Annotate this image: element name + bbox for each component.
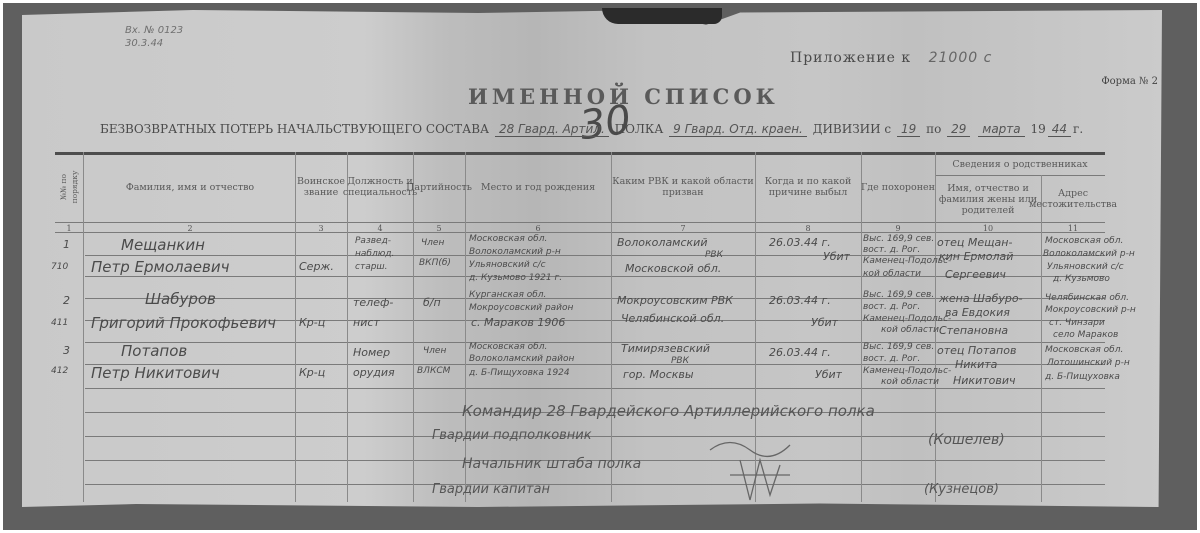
birth: д. Кузьмово 1921 г. [469, 273, 562, 283]
reg-number: 710 [51, 262, 68, 272]
colnum: 6 [465, 224, 611, 233]
conscripted: Московской обл. [625, 262, 721, 275]
birth: Московская обл. [469, 342, 547, 352]
relative: Сергеевич [945, 268, 1006, 281]
birth: Курганская обл. [469, 290, 546, 300]
reg-number: 411 [51, 318, 68, 328]
signature-commander-title: Командир 28 Гвардейского Артиллерийского… [462, 402, 875, 420]
birth: д. Б-Пищуховка 1924 [469, 368, 570, 378]
appendix-label: Приложение к [790, 50, 911, 66]
left-reason: Убит [815, 368, 842, 381]
conscripted: Челябинской обл. [621, 312, 724, 325]
month-value: марта [978, 122, 1024, 137]
form-number: Форма № 2 [1101, 76, 1158, 87]
header-col-7: Каким РВК и какой области призван [611, 162, 755, 212]
colnum: 8 [755, 224, 861, 233]
row-line [85, 364, 1105, 365]
address: Московская обл. [1045, 236, 1123, 246]
left-reason: Убит [811, 316, 838, 329]
header-col-5: Партийность [413, 162, 465, 212]
given-name: Петр Ермолаевич [91, 258, 230, 276]
relative: ва Евдокия [945, 306, 1010, 319]
address: Волоколамский р-н [1043, 249, 1135, 259]
rank: Серж. [299, 260, 334, 273]
colnum: 9 [861, 224, 935, 233]
relative: отец Потапов [937, 344, 1016, 357]
buried: Каменец-Подольс- [863, 366, 951, 376]
left-date: 26.03.44 г. [769, 294, 831, 307]
address: Московская обл. [1045, 345, 1123, 355]
colnum: 1 [55, 224, 83, 233]
archive-note-line: Вх. № 0123 [125, 24, 183, 37]
appendix-stamp: Приложение к 21000 с [790, 50, 992, 66]
party: Член [421, 238, 444, 248]
birth: с. Мараков 1906 [471, 316, 565, 329]
relative: кин Ермолай [939, 250, 1013, 263]
relative: жена Шабуро- [939, 292, 1023, 305]
address: Челябинская обл. [1045, 293, 1129, 303]
year-prefix: 19 [1030, 122, 1045, 136]
regiment-label: ПОЛКА [615, 122, 664, 136]
document-subtitle: БЕЗВОЗВРАТНЫХ ПОТЕРЬ НАЧАЛЬСТВУЮЩЕГО СОС… [100, 122, 1083, 137]
relative: Никита [955, 358, 997, 371]
buried: Каменец-Подольс- [863, 314, 951, 324]
buried: Выс. 169,9 сев. [863, 290, 934, 300]
position: нист [353, 316, 380, 329]
division-value: 9 Гвард. Отд. краен. [669, 122, 807, 137]
address: Лотошинский р-н [1047, 358, 1130, 368]
position: наблюд. [355, 249, 394, 259]
conscripted: РВК [705, 250, 723, 260]
header-col-8: Когда и по какой причине выбыл [755, 162, 861, 212]
position: телеф- [353, 296, 393, 309]
rank: Кр-ц [299, 366, 325, 379]
reg-number: 412 [51, 366, 68, 376]
buried: Выс. 169,9 сев. [863, 234, 934, 244]
header-col-9: Где похоронен [861, 162, 935, 212]
subtitle-prefix: БЕЗВОЗВРАТНЫХ ПОТЕРЬ НАЧАЛЬСТВУЮЩЕГО СОС… [100, 122, 489, 136]
left-date: 26.03.44 г. [769, 236, 831, 249]
signature-chief-title: Начальник штаба полка [462, 456, 641, 472]
row-number: 1 [63, 238, 70, 251]
relative: отец Мещан- [937, 236, 1012, 249]
address: д. Кузьмово [1053, 274, 1110, 284]
header-col-2: Фамилия, имя и отчество [85, 162, 295, 212]
buried: вост. д. Рог. [863, 354, 920, 364]
given-name: Григорий Прокофьевич [91, 314, 276, 332]
col-divider [83, 152, 84, 502]
conscripted: Тимирязевский [621, 342, 710, 355]
position: Развед- [355, 236, 391, 246]
signature-commander-name: (Кошелев) [928, 432, 1005, 448]
birth: Московская обл. [469, 234, 547, 244]
address: д. Б-Пищуховка [1045, 372, 1120, 382]
row-number: 2 [63, 294, 70, 307]
conscripted: Волоколамский [617, 236, 707, 249]
party: ВЛКСМ [417, 366, 450, 376]
signature-commander-rank: Гвардии подполковник [432, 428, 592, 443]
birth: Мокроусовский район [469, 303, 573, 313]
party: Член [423, 346, 446, 356]
surname: Мещанкин [121, 236, 205, 254]
colnum: 4 [347, 224, 413, 233]
relative: Никитович [953, 374, 1015, 387]
position: Номер [353, 346, 390, 359]
header-col-1: №№ по порядку [59, 161, 79, 213]
row-number: 3 [63, 344, 70, 357]
handwritten-signature-icon [700, 430, 820, 510]
conscripted: гор. Москвы [623, 368, 694, 381]
buried: Выс. 169,9 сев. [863, 342, 934, 352]
header-col-3: Воинское звание [295, 162, 347, 212]
colnum: 3 [295, 224, 347, 233]
regiment-value: 28 Гвард. Артил. [495, 122, 609, 137]
paper-tear [602, 8, 722, 24]
division-label: ДИВИЗИИ с [813, 122, 891, 136]
buried: кой области [863, 269, 921, 279]
position: орудия [353, 366, 395, 379]
party: ВКП(б) [419, 258, 451, 268]
buried: вост. д. Рог. [863, 245, 920, 255]
address: ст. Чинзари [1049, 318, 1105, 328]
birth: Волоколамский р-н [469, 247, 561, 257]
year-suffix: 44 [1048, 122, 1071, 137]
conscripted: РВК [671, 356, 689, 366]
header-relatives-group: Сведения о родственниках [935, 154, 1105, 174]
position: старш. [355, 262, 388, 272]
header-divider [55, 222, 1105, 223]
archive-note-line: 30.3.44 [125, 37, 183, 50]
address: Ульяновский с/с [1047, 262, 1124, 272]
archive-note: Вх. № 0123 30.3.44 [125, 24, 183, 50]
surname: Шабуров [145, 290, 216, 308]
birth: Ульяновский с/с [469, 260, 546, 270]
date-from: 19 [897, 122, 920, 137]
header-col-10: Имя, отчество и фамилия жены или родител… [935, 176, 1041, 222]
date-to: 29 [947, 122, 970, 137]
header-col-4: Должность и специальность [347, 162, 413, 212]
surname: Потапов [121, 342, 187, 360]
relative: Степановна [939, 324, 1008, 337]
signature-chief-rank: Гвардии капитан [432, 482, 550, 497]
to-label: по [926, 122, 941, 136]
colnum: 10 [935, 224, 1041, 233]
signature-chief-name: (Кузнецов) [924, 482, 999, 497]
colnum: 2 [85, 224, 295, 233]
buried: кой области [881, 377, 939, 387]
left-date: 26.03.44 г. [769, 346, 831, 359]
row-line [85, 342, 1105, 343]
conscripted: Мокроусовским РВК [617, 294, 733, 307]
appendix-number: 21000 с [929, 50, 993, 66]
buried: вост. д. Рог. [863, 302, 920, 312]
left-reason: Убит [823, 250, 850, 263]
colnum: 11 [1041, 224, 1105, 233]
colnum: 5 [413, 224, 465, 233]
given-name: Петр Никитович [91, 364, 220, 382]
row-line [85, 388, 1105, 389]
year-label: г. [1073, 122, 1083, 136]
address: Мокроусовский р-н [1045, 305, 1136, 315]
colnum: 7 [611, 224, 755, 233]
rank: Кр-ц [299, 316, 325, 329]
address: село Мараков [1053, 330, 1118, 340]
buried: кой области [881, 325, 939, 335]
header-col-6: Место и год рождения [465, 162, 611, 212]
party: б/п [423, 296, 441, 309]
birth: Волоколамский район [469, 354, 574, 364]
header-col-11: Адрес местожительства [1041, 176, 1105, 222]
